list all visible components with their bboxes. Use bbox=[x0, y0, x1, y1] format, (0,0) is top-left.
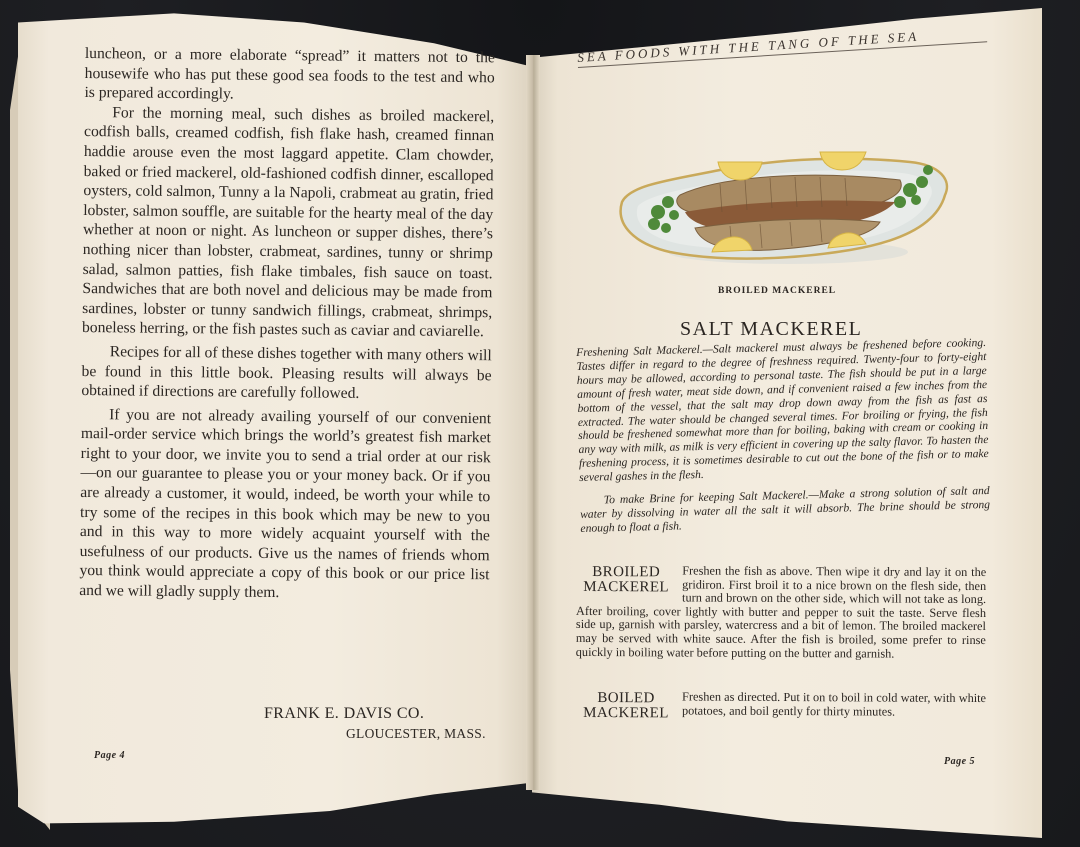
illustration-caption: BROILED MACKEREL bbox=[718, 286, 836, 296]
recipe-title-line2: MACKEREL bbox=[583, 705, 669, 721]
signature-block: FRANK E. DAVIS CO. GLOUCESTER, MASS. bbox=[262, 704, 502, 744]
recipe-broiled-mackerel: BROILED MACKEREL Freshen the fish as abo… bbox=[576, 564, 986, 661]
recipe-title-line1: BOILED bbox=[597, 690, 654, 706]
fish-platter-icon bbox=[610, 140, 955, 280]
page-number-left: Page 4 bbox=[94, 750, 125, 761]
paragraph-mail-order: If you are not already availing yourself… bbox=[79, 405, 491, 605]
company-city: GLOUCESTER, MASS. bbox=[262, 724, 502, 744]
recipe-title: BROILED MACKEREL bbox=[576, 565, 676, 596]
recipe-boiled-mackerel: BOILED MACKEREL Freshen as directed. Put… bbox=[576, 690, 986, 723]
recipe-title-line1: BROILED bbox=[592, 564, 660, 580]
freshening-text: —Salt mackerel must always be freshened … bbox=[576, 336, 989, 484]
recipe-title: BOILED MACKEREL bbox=[576, 691, 676, 722]
recipe-title-line2: MACKEREL bbox=[583, 579, 669, 595]
left-page-body: luncheon, or a more elaborate “spread” i… bbox=[79, 44, 495, 605]
paragraph-recipes: Recipes for all of these dishes together… bbox=[81, 342, 492, 405]
paragraph-morning-meal: For the morning meal, such dishes as bro… bbox=[82, 103, 494, 342]
broiled-mackerel-illustration bbox=[610, 140, 955, 280]
freshening-paragraph: Freshening Salt Mackerel.—Salt mackerel … bbox=[576, 336, 989, 485]
page-number-right: Page 5 bbox=[944, 756, 975, 767]
salt-mackerel-instructions: Freshening Salt Mackerel.—Salt mackerel … bbox=[576, 336, 991, 536]
company-name: FRANK E. DAVIS CO. bbox=[262, 704, 502, 724]
recipe-text: Freshen as directed. Put it on to boil i… bbox=[682, 689, 986, 718]
book-gutter bbox=[526, 55, 540, 790]
section-title: SALT MACKEREL bbox=[680, 318, 862, 341]
paragraph-continuation: luncheon, or a more elaborate “spread” i… bbox=[84, 44, 495, 107]
